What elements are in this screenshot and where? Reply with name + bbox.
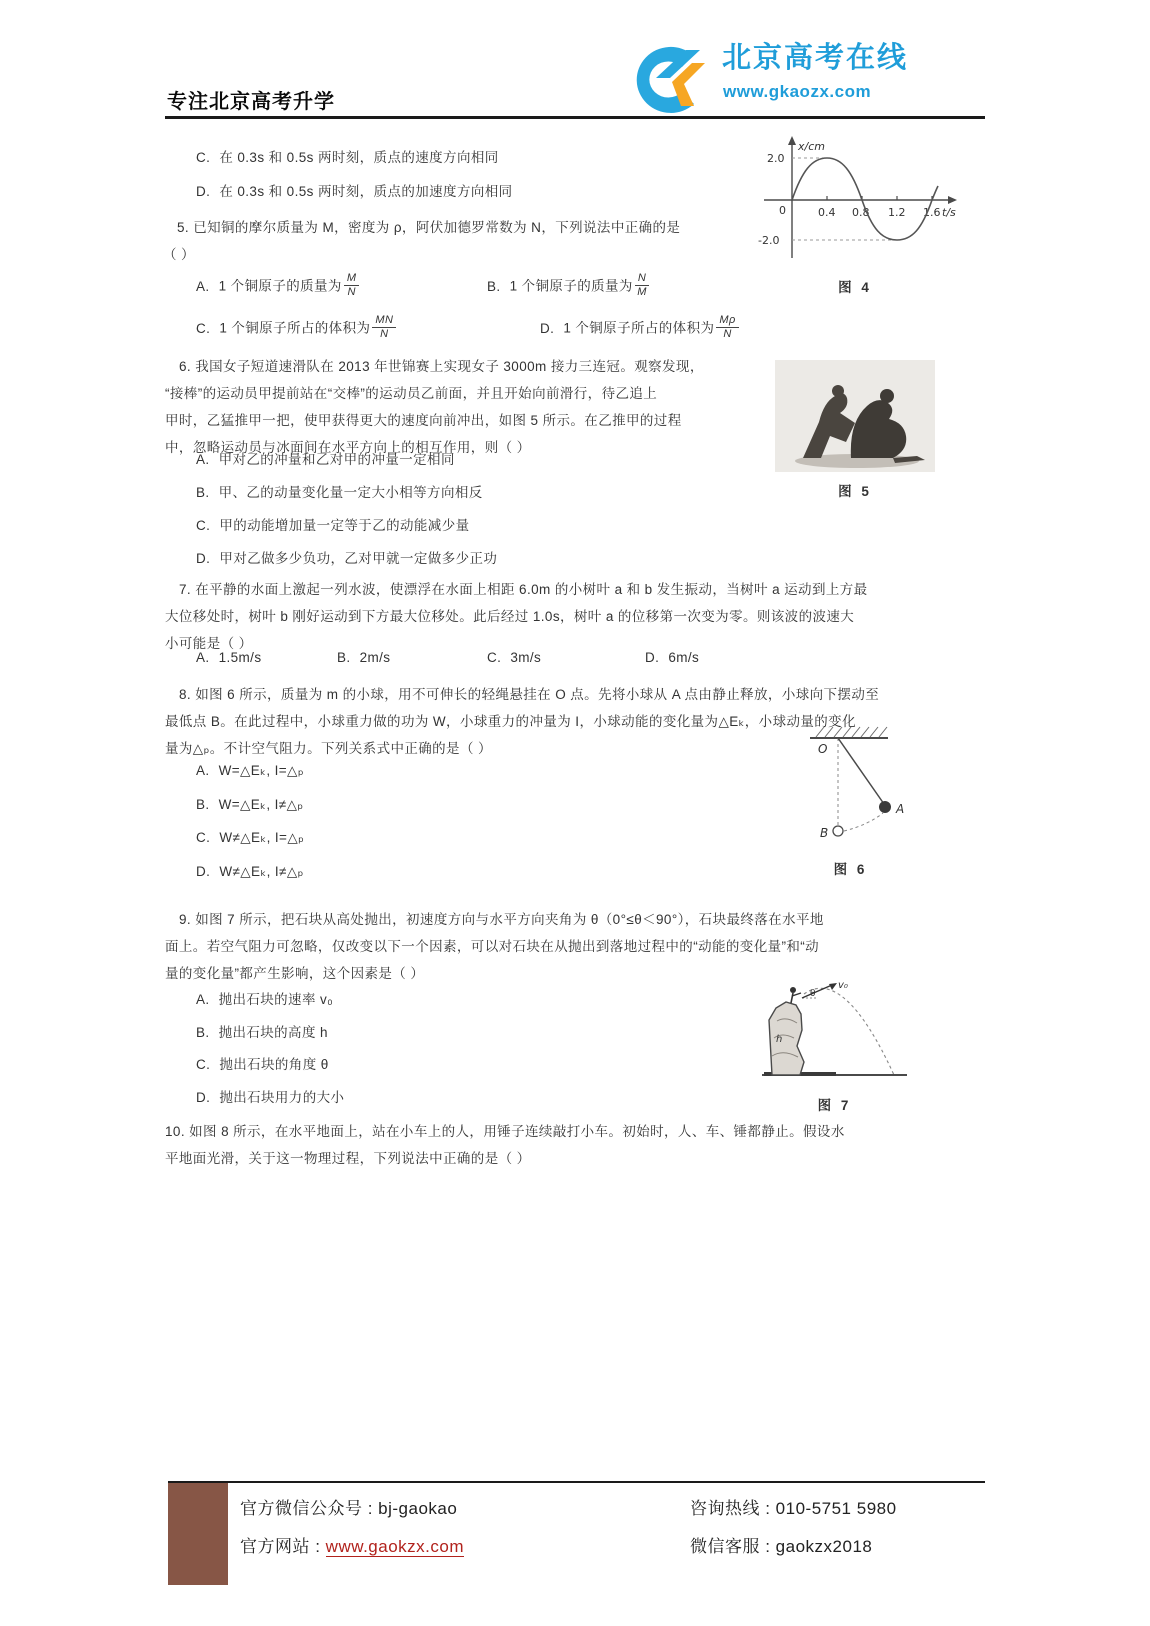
fraction: MN <box>344 272 360 298</box>
q4-option-c: C.在 0.3s 和 0.5s 两时刻，质点的速度方向相同 <box>196 146 499 166</box>
stem-line: 量的变化量”都产生影响，这个因素是（ ） <box>165 960 824 987</box>
option-text: 在 0.3s 和 0.5s 两时刻，质点的速度方向相同 <box>219 150 498 165</box>
x-axis-arrow <box>948 196 957 204</box>
question-5-stem: 5. 已知铜的摩尔质量为 M，密度为 ρ，阿伏加德罗常数为 N，下列说法中正确的… <box>163 214 680 268</box>
option-label: B. <box>196 1025 210 1040</box>
q6-option-d: D.甲对乙做多少负功，乙对甲就一定做多少正功 <box>196 547 497 567</box>
option-label: A. <box>196 650 210 665</box>
q7-option-b: B.2m/s <box>337 650 390 665</box>
stem-line: 最低点 B。在此过程中，小球重力做的功为 W，小球重力的冲量为 I，小球动能的变… <box>165 708 879 735</box>
skater-left-head <box>832 385 844 397</box>
ceiling-hatching <box>816 727 887 737</box>
brand-url[interactable]: www.gkaozx.com <box>723 83 871 100</box>
option-text: 抛出石块的速率 v₀ <box>219 992 334 1007</box>
footer-wechat-service: 微信客服 : gaokzx2018 <box>690 1532 872 1557</box>
option-label: C. <box>196 150 210 165</box>
q8-option-d: D.W≠△Eₖ, I≠△ₚ <box>196 864 304 880</box>
x-tick-0_4: 0.4 <box>818 206 836 219</box>
footer-website-label: 官方网站 : <box>240 1537 326 1556</box>
stem-line: 8. 如图 6 所示，质量为 m 的小球，用不可伸长的轻绳悬挂在 O 点。先将小… <box>165 681 879 708</box>
option-label: D. <box>540 321 554 336</box>
q6-option-c: C.甲的动能增加量一定等于乙的动能减少量 <box>196 514 470 534</box>
option-text: 甲的动能增加量一定等于乙的动能减少量 <box>219 518 469 533</box>
thrower-head <box>790 987 796 993</box>
option-label: B. <box>337 650 351 665</box>
footer-brand-block <box>168 1483 228 1585</box>
height-label: h <box>776 1034 782 1045</box>
option-label: D. <box>196 1090 210 1105</box>
option-label: A. <box>196 763 210 778</box>
stem-line: （ ） <box>163 241 680 268</box>
velocity-arrow <box>802 985 832 998</box>
option-text: 甲、乙的动量变化量一定大小相等方向相反 <box>219 485 483 500</box>
figure-6-pendulum-diagram: O A B 图 6 <box>788 722 913 878</box>
swing-arc <box>844 813 883 831</box>
stem-line: “接棒”的运动员甲提前站在“交棒”的运动员乙前面，并且开始向前滑行，待乙追上 <box>165 380 785 407</box>
stem-line: 大位移处时，树叶 b 刚好运动到下方最大位移处。此后经过 1.0s，树叶 a 的… <box>165 603 868 630</box>
option-label: B. <box>196 797 210 812</box>
point-a-label: A <box>895 802 904 816</box>
fraction: MNN <box>372 314 396 340</box>
q5-option-c: C.1 个铜原子所占的体积为MNN <box>196 316 396 342</box>
figure-4-wave-graph: x/cm 2.0 0 -2.0 0.4 0.8 1.2 1.6 t/s 图 4 <box>748 134 962 296</box>
footer-hotline: 咨询热线 : 010-5751 5980 <box>690 1494 897 1519</box>
option-text: 6m/s <box>668 650 699 665</box>
option-text: 1.5m/s <box>219 650 262 665</box>
trajectory-parabola <box>804 988 894 1075</box>
stem-line: 10. 如图 8 所示，在水平地面上，站在小车上的人，用锤子连续敲打小车。初始时… <box>165 1118 845 1145</box>
option-text: 2m/s <box>360 650 391 665</box>
q8-option-c: C.W≠△Eₖ, I=△ₚ <box>196 830 304 846</box>
q9-option-a: A.抛出石块的速率 v₀ <box>196 988 333 1008</box>
option-label: D. <box>196 551 210 566</box>
q5-option-d: D.1 个铜原子所占的体积为MρN <box>540 316 739 342</box>
option-text: 甲对乙的冲量和乙对甲的冲量一定相同 <box>219 452 455 467</box>
option-label: C. <box>196 1057 210 1072</box>
point-b-label: B <box>820 826 828 840</box>
y-max-tick: 2.0 <box>767 152 785 165</box>
question-7-stem: 7. 在平静的水面上激起一列水波，使漂浮在水面上相距 6.0m 的小树叶 a 和… <box>165 576 868 657</box>
figure-5-skaters-photo: 图 5 <box>775 360 935 500</box>
option-text: W≠△Eₖ, I≠△ₚ <box>219 864 304 879</box>
stem-line: 7. 在平静的水面上激起一列水波，使漂浮在水面上相距 6.0m 的小树叶 a 和… <box>165 576 868 603</box>
option-text: 在 0.3s 和 0.5s 两时刻，质点的加速度方向相同 <box>219 184 512 199</box>
option-text: W≠△Eₖ, I=△ₚ <box>219 830 304 845</box>
question-10-stem: 10. 如图 8 所示，在水平地面上，站在小车上的人，用锤子连续敲打小车。初始时… <box>165 1118 845 1172</box>
option-text: W=△Eₖ, I=△ₚ <box>219 763 304 778</box>
q9-option-c: C.抛出石块的角度 θ <box>196 1053 329 1073</box>
figure-5-caption: 图 5 <box>775 480 935 500</box>
pendulum-string <box>838 738 884 804</box>
option-text: 1 个铜原子的质量为 <box>219 279 342 294</box>
q9-option-b: B.抛出石块的高度 h <box>196 1021 328 1041</box>
option-label: A. <box>196 992 210 1007</box>
skater-right-head <box>880 389 894 403</box>
q8-option-b: B.W=△Eₖ, I≠△ₚ <box>196 797 304 813</box>
point-o-label: O <box>818 742 827 756</box>
q5-option-a: A.1 个铜原子的质量为MN <box>196 274 359 300</box>
origin-tick: 0 <box>779 204 786 217</box>
q9-option-d: D.抛出石块用力的大小 <box>196 1086 344 1106</box>
option-label: B. <box>487 279 501 294</box>
header-slogan: 专注北京高考升学 <box>167 85 335 114</box>
option-text: 1 个铜原子所占的体积为 <box>563 321 714 336</box>
v0-label: v₀ <box>838 980 848 991</box>
q6-option-b: B.甲、乙的动量变化量一定大小相等方向相反 <box>196 481 483 501</box>
footer-wechat-account: 官方微信公众号 : bj-gaokao <box>240 1494 457 1519</box>
thrower-body <box>791 993 793 1003</box>
option-label: A. <box>196 279 210 294</box>
option-text: 3m/s <box>510 650 541 665</box>
question-6-stem: 6. 我国女子短道速滑队在 2013 年世锦赛上实现女子 3000m 接力三连冠… <box>165 353 785 461</box>
q8-option-a: A.W=△Eₖ, I=△ₚ <box>196 763 304 779</box>
footer-website-link[interactable]: www.gaokzx.com <box>326 1537 464 1557</box>
stem-line: 5. 已知铜的摩尔质量为 M，密度为 ρ，阿伏加德罗常数为 N，下列说法中正确的… <box>163 214 680 241</box>
q7-option-d: D.6m/s <box>645 650 699 665</box>
option-text: 抛出石块用力的大小 <box>219 1090 344 1105</box>
option-text: 1 个铜原子所占的体积为 <box>219 321 370 336</box>
stem-line: 平地面光滑，关于这一物理过程，下列说法中正确的是（ ） <box>165 1145 845 1172</box>
theta-label: θ <box>810 989 816 999</box>
q7-option-c: C.3m/s <box>487 650 541 665</box>
sine-curve <box>792 158 938 240</box>
figure-4-caption: 图 4 <box>748 276 962 296</box>
header-rule <box>165 116 985 119</box>
footer-website: 官方网站 : www.gaokzx.com <box>240 1532 464 1557</box>
figure-7-projectile-diagram: h v₀ θ 图 7 <box>752 978 917 1114</box>
option-label: A. <box>196 452 210 467</box>
ball-at-a <box>879 801 891 813</box>
fraction: NM <box>635 272 649 298</box>
option-text: 1 个铜原子的质量为 <box>510 279 633 294</box>
option-label: C. <box>196 518 210 533</box>
brand-name: 北京高考在线 <box>722 44 908 73</box>
stem-line: 6. 我国女子短道速滑队在 2013 年世锦赛上实现女子 3000m 接力三连冠… <box>165 353 785 380</box>
y-axis-label: x/cm <box>797 140 825 153</box>
q5-option-b: B.1 个铜原子的质量为NM <box>487 274 649 300</box>
option-label: C. <box>196 830 210 845</box>
x-tick-1_2: 1.2 <box>888 206 906 219</box>
stem-line: 9. 如图 7 所示，把石块从高处抛出，初速度方向与水平方向夹角为 θ（0°≤θ… <box>165 906 824 933</box>
option-label: B. <box>196 485 210 500</box>
y-axis-arrow <box>788 136 796 145</box>
footer-rule <box>168 1481 985 1483</box>
q4-option-d: D.在 0.3s 和 0.5s 两时刻，质点的加速度方向相同 <box>196 180 513 200</box>
option-text: W=△Eₖ, I≠△ₚ <box>219 797 304 812</box>
option-label: D. <box>645 650 659 665</box>
brand-logo-icon <box>620 42 716 116</box>
stem-line: 量为△ₚ。不计空气阻力。下列关系式中正确的是（ ） <box>165 735 879 762</box>
option-label: C. <box>196 321 210 336</box>
x-axis-label: t/s <box>942 206 956 219</box>
q7-option-a: A.1.5m/s <box>196 650 261 665</box>
option-label: C. <box>487 650 501 665</box>
cliff-rock <box>769 1002 804 1075</box>
option-label: D. <box>196 864 210 879</box>
question-8-stem: 8. 如图 6 所示，质量为 m 的小球，用不可伸长的轻绳悬挂在 O 点。先将小… <box>165 681 879 762</box>
y-min-tick: -2.0 <box>758 234 779 247</box>
option-label: D. <box>196 184 210 199</box>
option-text: 甲对乙做多少负功，乙对甲就一定做多少正功 <box>219 551 497 566</box>
option-text: 抛出石块的角度 θ <box>219 1057 328 1072</box>
option-text: 抛出石块的高度 h <box>219 1025 328 1040</box>
fraction: MρN <box>716 314 738 340</box>
question-9-stem: 9. 如图 7 所示，把石块从高处抛出，初速度方向与水平方向夹角为 θ（0°≤θ… <box>165 906 824 987</box>
ball-at-b <box>833 826 843 836</box>
stem-line: 甲时，乙猛推甲一把，使甲获得更大的速度向前冲出，如图 5 所示。在乙推甲的过程 <box>165 407 785 434</box>
stem-line: 面上。若空气阻力可忽略，仅改变以下一个因素，可以对石块在从抛出到落地过程中的“动… <box>165 933 824 960</box>
exam-document-page: 专注北京高考升学 北京高考在线 www.gkaozx.com C.在 0.3s … <box>0 0 1150 1626</box>
q6-option-a: A.甲对乙的冲量和乙对甲的冲量一定相同 <box>196 448 455 468</box>
figure-6-caption: 图 6 <box>788 858 913 878</box>
figure-7-caption: 图 7 <box>752 1094 917 1114</box>
